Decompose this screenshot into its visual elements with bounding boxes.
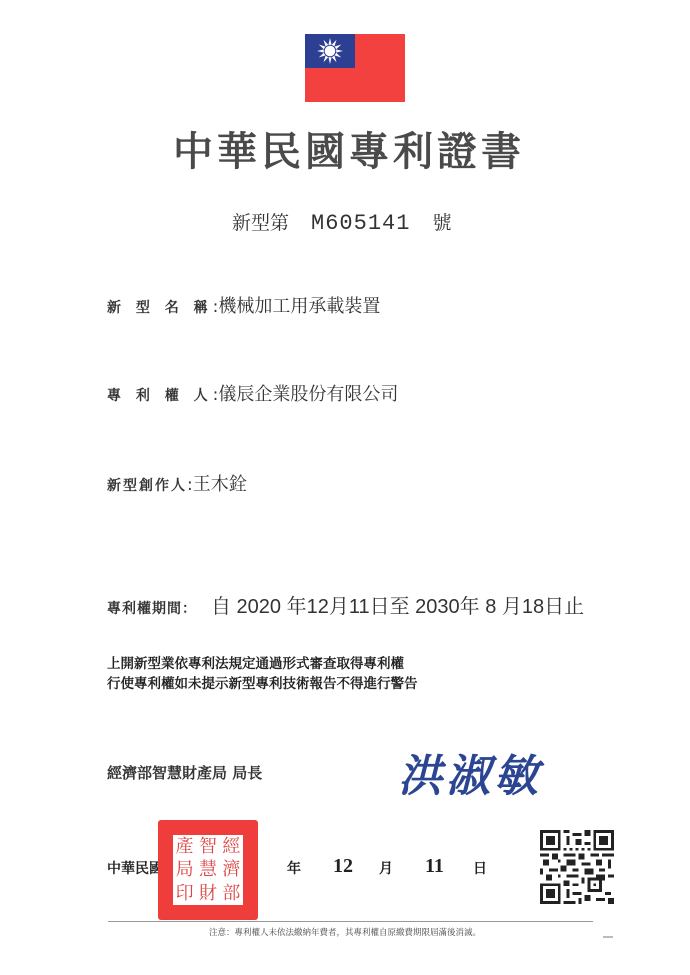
patent-term-value: 自 2020 年12月11日至 2030年 8 月18日止	[211, 596, 584, 618]
official-seal: 產 智 經 局 慧 濟 印 財 部	[158, 820, 258, 920]
notice-text: 上開新型業依專利法規定通過形式審查取得專利權 行使專利權如未提示新型專利技術報告…	[107, 654, 418, 694]
issue-date-month: 12	[333, 855, 353, 878]
field-creator: 新型創作人:王木銓	[107, 470, 247, 496]
field-value: 王木銓	[193, 474, 247, 495]
seal-char: 智	[196, 835, 219, 858]
field-label: 專 利 權 人	[107, 388, 213, 404]
seal-char: 濟	[220, 858, 243, 881]
roc-flag	[305, 34, 405, 102]
issue-date-day-unit: 日	[473, 858, 487, 878]
certificate-number-prefix: 新型第	[232, 212, 289, 234]
certificate-number-value: M605141	[311, 211, 410, 236]
white-sun-icon	[315, 36, 345, 66]
certificate-number: 新型第M605141號	[232, 208, 451, 236]
footer-note: 注意：專利權人未依法繳納年費者，其專利權自原繳費期限屆滿後消滅。	[0, 926, 690, 938]
issue-date-era: 中華民國	[107, 858, 163, 878]
qr-code-icon	[540, 830, 614, 904]
seal-char: 局	[173, 858, 196, 881]
issue-date-year-unit: 年	[287, 858, 301, 878]
field-patentee: 專 利 權 人:儀辰企業股份有限公司	[107, 380, 398, 406]
seal-char: 部	[220, 882, 243, 905]
seal-char: 經	[220, 835, 243, 858]
field-label: 新 型 名 稱	[107, 300, 213, 316]
seal-characters: 產 智 經 局 慧 濟 印 財 部	[173, 835, 243, 905]
notice-line: 上開新型業依專利法規定通過形式審查取得專利權	[107, 654, 418, 674]
patent-term-label: 專利權期間：	[107, 601, 197, 617]
certificate-number-suffix: 號	[432, 212, 451, 234]
director-signature: 洪淑敏	[398, 740, 542, 804]
seal-char: 產	[173, 835, 196, 858]
issue-date-day: 11	[425, 855, 444, 878]
notice-line: 行使專利權如未提示新型專利技術報告不得進行警告	[107, 674, 418, 694]
field-label: 新型創作人	[107, 478, 187, 494]
seal-char: 財	[196, 882, 219, 905]
seal-char: 印	[173, 882, 196, 905]
scan-artifact	[603, 936, 613, 938]
issue-date-month-unit: 月	[379, 858, 393, 878]
footer-divider	[108, 921, 593, 922]
seal-char: 慧	[196, 858, 219, 881]
field-utility-model-name: 新 型 名 稱:機械加工用承載裝置	[107, 292, 380, 318]
certificate-title: 中華民國專利證書	[0, 120, 690, 177]
field-value: 機械加工用承載裝置	[218, 296, 380, 317]
issuing-authority: 經濟部智慧財產局 局長	[107, 762, 262, 783]
field-value: 儀辰企業股份有限公司	[218, 384, 398, 405]
patent-term: 專利權期間：自 2020 年12月11日至 2030年 8 月18日止	[107, 590, 584, 619]
